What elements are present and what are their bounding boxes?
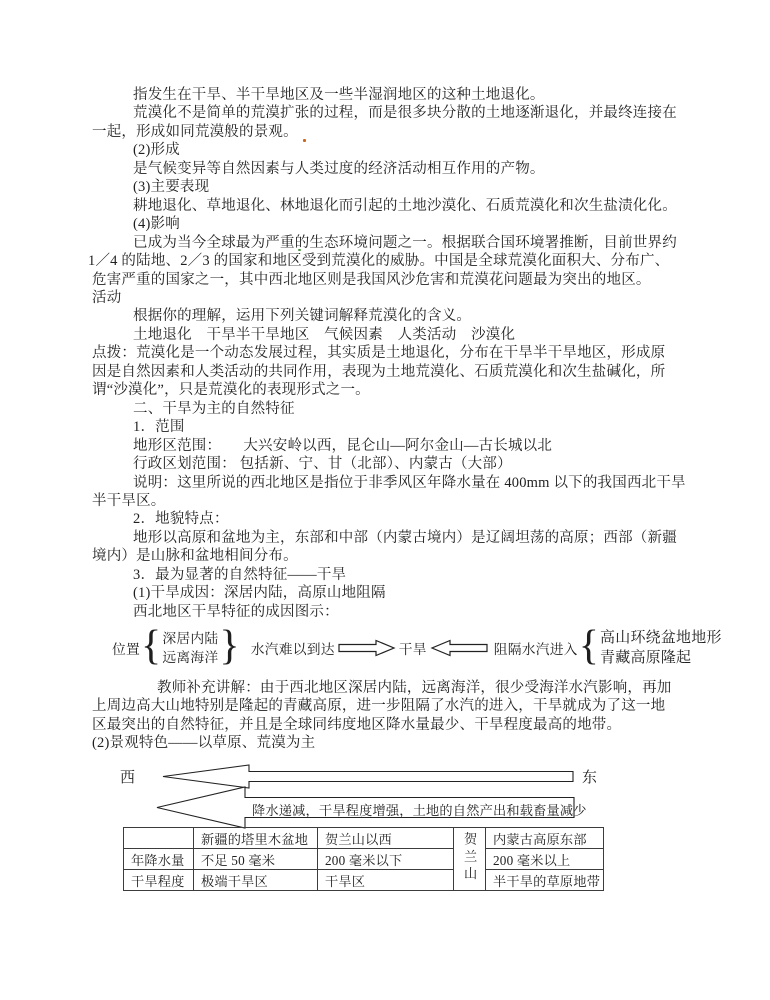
helan-mountain-vertical-label: 贺兰山 [463, 832, 476, 884]
table-header-inner-mongolia: 内蒙古高原东部 [486, 828, 604, 849]
doc-line: 指发生在干旱、半干旱地区及一些半湿润地区的这种土地退化。 [92, 86, 692, 104]
table-cell: 半干旱的草原地带 [486, 870, 604, 891]
precipitation-table: 新疆的塔里木盆地 贺兰山以西 贺兰山 内蒙古高原东部 年降水量 不足 50 毫米… [123, 827, 604, 891]
factor-tibet-plateau: 青藏高原隆起 [600, 648, 722, 668]
gradient-caption: 降水递减，干旱程度增强，土地的自然产出和载畜量减少 [252, 800, 587, 819]
green-speck-artifact [298, 249, 301, 251]
drought-label: 干旱 [399, 638, 427, 658]
row-label-precipitation: 年降水量 [124, 849, 194, 870]
left-brace-icon: { [579, 626, 599, 666]
block-arrow-left-icon [430, 639, 488, 657]
doc-line: (3)主要表现 [92, 178, 692, 196]
table-header-tarim: 新疆的塔里木盆地 [194, 828, 318, 849]
table-header-row: 新疆的塔里木盆地 贺兰山以西 贺兰山 内蒙古高原东部 [124, 828, 604, 849]
factor-far-from-sea: 远离海洋 [162, 648, 218, 668]
table-cell: 不足 50 毫米 [194, 849, 318, 870]
position-label: 位置 [112, 638, 140, 658]
table-cell: 200 毫米以上 [486, 849, 604, 870]
table-merged-helan-cell: 贺兰山 [454, 828, 486, 891]
block-vapor-label: 阻隔水汽进入 [494, 638, 578, 658]
block-arrow-right-icon [338, 639, 396, 657]
doc-line: 根据你的理解，运用下列关键词解释荒漠化的含义。 [92, 307, 692, 325]
document-text-block-lower: 教师补充讲解：由于西北地区深居内陆，远离海洋，很少受海洋水汽影响，再加 上周边高… [92, 679, 692, 753]
table-row-aridity: 干旱程度 极端干旱区 干旱区 半干旱的草原地带 [124, 870, 604, 891]
doc-line: 耕地退化、草地退化、林地退化而引起的土地沙漠化、石质荒漠化和次生盐渍化化。 [92, 197, 692, 215]
doc-line: 因是自然因素和人类活动的共同作用，表现为土地荒漠化、石质荒漠化和次生盐碱化，所 [92, 363, 692, 381]
doc-line: 一起，形成如同荒漠般的景观。 [92, 123, 692, 141]
doc-line: 说明：这里所说的西北地区是指位于非季风区年降水量在 400mm 以下的我国西北干… [92, 474, 692, 492]
vapor-hard-to-reach-label: 水汽难以到达 [251, 638, 335, 658]
right-brace-icon: } [219, 626, 239, 666]
doc-section-heading: 二、干旱为主的自然特征 [92, 400, 692, 418]
doc-line: 1．范围 [92, 418, 692, 436]
doc-line: (1)干旱成因：深居内陆，高原山地阻隔 [92, 584, 692, 602]
doc-line: 已成为当今全球最为严重的生态环境问题之一。根据联合国环境署推断，目前世界约 [92, 234, 692, 252]
document-page: 指发生在干旱、半干旱地区及一些半湿润地区的这种土地退化。 荒漠化不是简单的荒漠扩… [0, 0, 770, 1000]
terrain-factors: 高山环绕盆地地形 青藏高原隆起 [600, 628, 722, 668]
table-cell: 200 毫米以下 [318, 849, 454, 870]
doc-line: 行政区划范围： 包括新、宁、甘（北部）、内蒙古（大部） [92, 455, 692, 473]
left-brace-icon: { [141, 626, 161, 666]
doc-line: (2)形成 [92, 141, 692, 159]
doc-line: 是气候变异等自然因素与人类过度的经济活动相互作用的产物。 [92, 160, 692, 178]
table-cell-empty [124, 828, 194, 849]
doc-line: 半干旱区。 [92, 492, 692, 510]
table-row-precipitation: 年降水量 不足 50 毫米 200 毫米以下 200 毫米以上 [124, 849, 604, 870]
table-header-west-helan: 贺兰山以西 [318, 828, 454, 849]
factor-basin-terrain: 高山环绕盆地地形 [600, 628, 722, 648]
doc-line: 上周边高大山地特别是隆起的青藏高原，进一步阻隔了水汽的进入，干旱就成为了这一地 [92, 697, 692, 715]
doc-line: 活动 [92, 289, 692, 307]
doc-line: 谓“沙漠化”，只是荒漠化的表现形式之一。 [92, 381, 692, 399]
row-label-aridity: 干旱程度 [124, 870, 194, 891]
doc-line: 区最突出的自然特征，并且是全球同纬度地区降水量最少、干旱程度最高的地带。 [92, 716, 692, 734]
doc-line: 教师补充讲解：由于西北地区深居内陆，远离海洋，很少受海洋水汽影响，再加 [92, 679, 692, 697]
location-factors: 深居内陆 远离海洋 [162, 629, 218, 668]
table-cell: 极端干旱区 [194, 870, 318, 891]
doc-line: 土地退化 干旱半干旱地区 气候因素 人类活动 沙漠化 [92, 326, 692, 344]
orange-speck-artifact [303, 139, 306, 142]
document-text-block-upper: 指发生在干旱、半干旱地区及一些半湿润地区的这种土地退化。 荒漠化不是简单的荒漠扩… [92, 86, 692, 621]
doc-line: (4)影响 [92, 215, 692, 233]
doc-line: 3．最为显著的自然特征——干旱 [92, 566, 692, 584]
factor-inland: 深居内陆 [162, 629, 218, 649]
doc-line: 地形以高原和盆地为主，东部和中部（内蒙古境内）是辽阔坦荡的高原；西部（新疆 [92, 529, 692, 547]
table-cell: 干旱区 [318, 870, 454, 891]
doc-line: 荒漠化不是简单的荒漠扩张的过程，而是很多块分散的土地逐渐退化，并最终连接在 [92, 104, 692, 122]
doc-line: 1／4 的陆地、2／3 的国家和地区受到荒漠化的威胁。中国是全球荒漠化面积大、分… [88, 252, 692, 270]
doc-line: 境内）是山脉和盆地相间分布。 [92, 547, 692, 565]
doc-line: 点拨：荒漠化是一个动态发展过程，其实质是土地退化，分布在干旱半干旱地区，形成原 [92, 344, 692, 362]
doc-line: 2．地貌特点： [92, 510, 692, 528]
west-label: 西 [120, 766, 135, 787]
east-label: 东 [582, 766, 597, 787]
drought-cause-diagram: 位置 { 深居内陆 远离海洋 } 水汽难以到达 干旱 阻隔水汽进入 { 高山环绕… [112, 622, 722, 674]
doc-line: 危害严重的国家之一，其中西北地区则是我国风沙危害和荒漠花问题最为突出的地区。 [92, 271, 692, 289]
doc-line: (2)景观特色——以草原、荒漠为主 [92, 734, 692, 752]
doc-line: 西北地区干旱特征的成因图示： [92, 603, 692, 621]
doc-line: 地形区范围： 大兴安岭以西，昆仑山—阿尔金山—古长城以北 [92, 437, 692, 455]
